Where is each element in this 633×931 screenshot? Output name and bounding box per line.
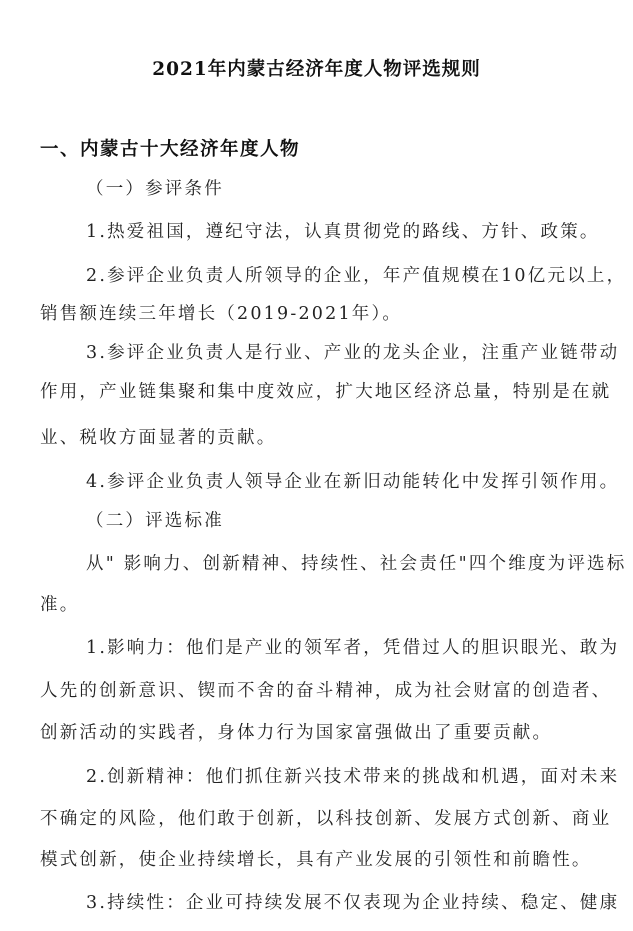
paragraph-line: 3.参评企业负责人是行业、产业的龙头企业，注重产业链带动 xyxy=(86,342,633,364)
paragraph-line: 人先的创新意识、锲而不舍的奋斗精神，成为社会财富的创造者、 xyxy=(40,680,600,702)
paragraph-line: 从" 影响力、创新精神、持续性、社会责任"四个维度为评选标 xyxy=(86,553,633,575)
subsection-heading-criteria: （一）参评条件 xyxy=(86,178,633,200)
paragraph-line: 4.参评企业负责人领导企业在新旧动能转化中发挥引领作用。 xyxy=(86,471,633,493)
paragraph-line: 销售额连续三年增长（2019-2021年）。 xyxy=(40,303,600,325)
paragraph-line: 业、税收方面显著的贡献。 xyxy=(40,427,600,449)
paragraph-line: 2.参评企业负责人所领导的企业，年产值规模在10亿元以上， xyxy=(86,265,633,287)
paragraph-line: 3.持续性：企业可持续发展不仅表现为企业持续、稳定、健康 xyxy=(86,892,633,914)
document-title: 2021年内蒙古经济年度人物评选规则 xyxy=(0,59,633,81)
subsection-heading-standards: （二）评选标准 xyxy=(86,510,633,532)
section-heading: 一、内蒙古十大经济年度人物 xyxy=(40,139,600,161)
paragraph-line: 作用，产业链集聚和集中度效应，扩大地区经济总量，特别是在就 xyxy=(40,381,600,403)
paragraph-line: 模式创新，使企业持续增长，具有产业发展的引领性和前瞻性。 xyxy=(40,849,600,871)
paragraph-line: 1.影响力：他们是产业的领军者，凭借过人的胆识眼光、敢为 xyxy=(86,637,633,659)
paragraph-line: 2.创新精神：他们抓住新兴技术带来的挑战和机遇，面对未来 xyxy=(86,766,633,788)
paragraph-line: 1.热爱祖国，遵纪守法，认真贯彻党的路线、方针、政策。 xyxy=(86,221,633,243)
paragraph-line: 准。 xyxy=(40,594,600,616)
paragraph-line: 不确定的风险，他们敢于创新，以科技创新、发展方式创新、商业 xyxy=(40,808,600,830)
paragraph-line: 创新活动的实践者，身体力行为国家富强做出了重要贡献。 xyxy=(40,722,600,744)
